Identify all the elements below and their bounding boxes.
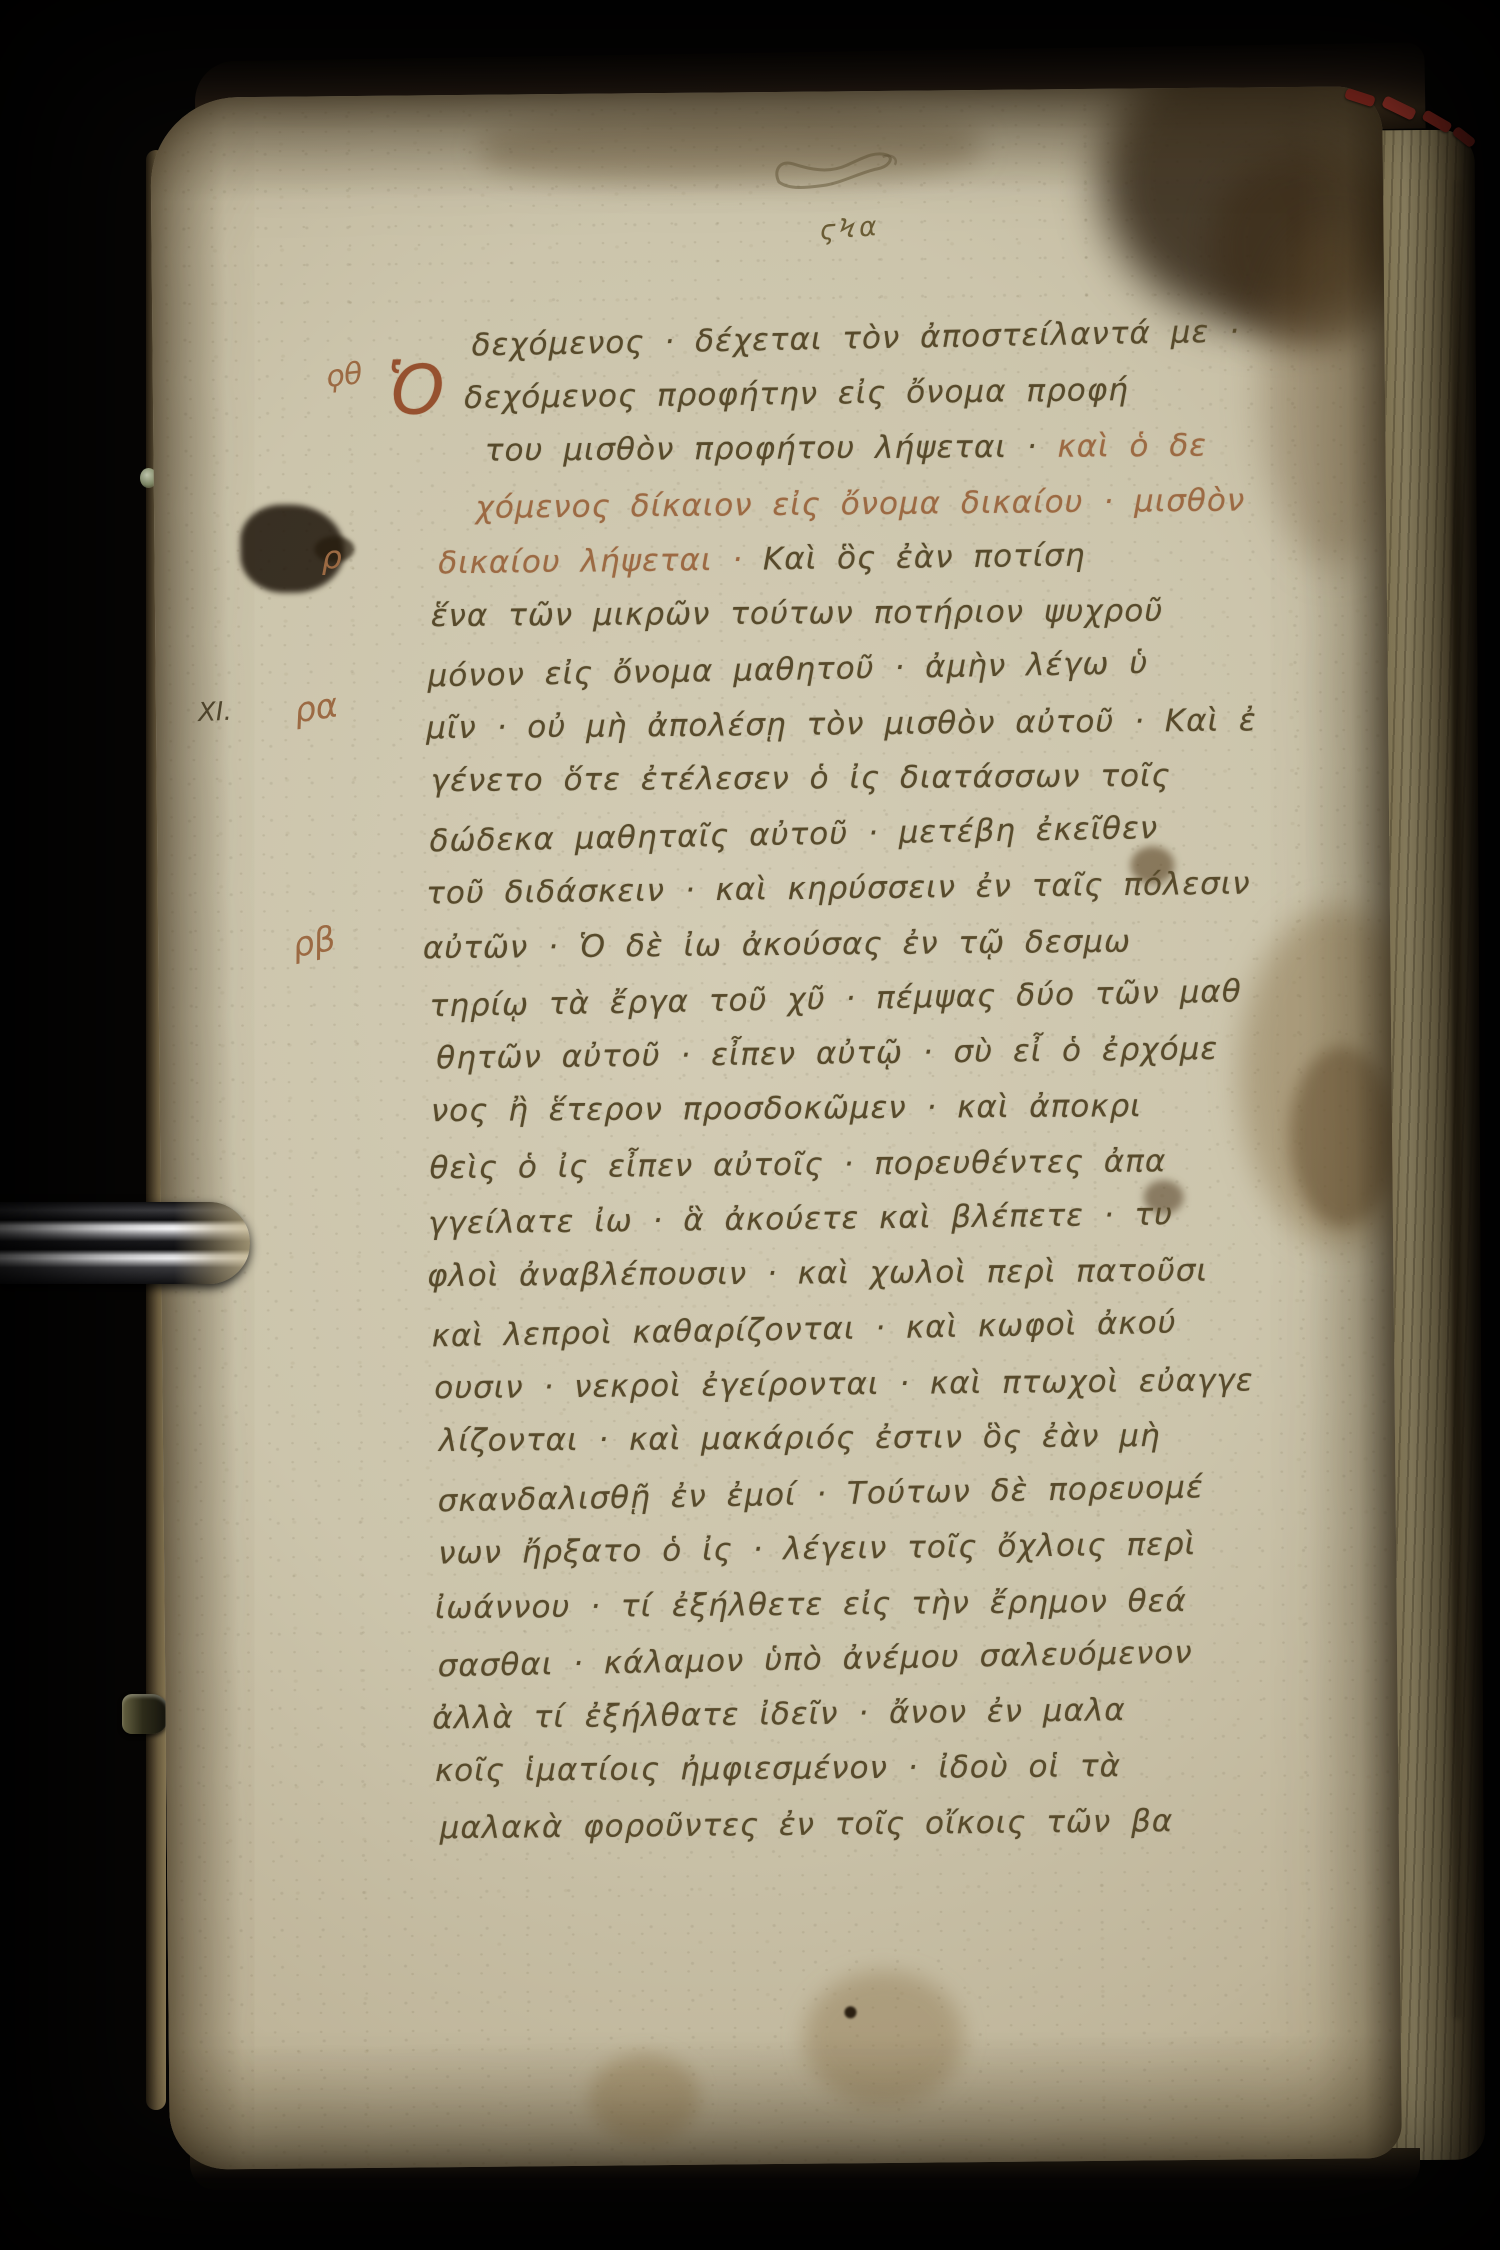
top-edge-stain [480, 110, 981, 185]
manuscript-line: κοῖς ἱματίοις ἠμφιεσμένον · ἰδοὺ οἱ τὰ [433, 1737, 1383, 1799]
margin-section-number: ρ [321, 538, 342, 576]
manuscript-line: χόμενος δίκαιον εἰς ὄνομα δικαίου · μισθ… [417, 472, 1367, 536]
manuscript-line: μαλακὰ φοροῦντες ἐν τοῖς οἴκοις τῶν βα [433, 1792, 1383, 1856]
header-quire-mark: ϛϞα [818, 211, 881, 247]
bottom-left-stain [589, 2053, 700, 2144]
manuscript-photo: ϛϞα Ὁ δεχόμενος · δέχεται τὸν ἀποστείλαν… [0, 0, 1500, 2250]
margin-section-number: ρα [291, 685, 340, 731]
glass-page-weight-rod[interactable] [0, 1202, 250, 1284]
manuscript-page: ϛϞα Ὁ δεχόμενος · δέχεται τὸν ἀποστείλαν… [150, 86, 1402, 2170]
metal-pin [122, 1694, 168, 1734]
manuscript-line: μῖν · οὐ μὴ ἀπολέσῃ τὸν μισθὸν αὐτοῦ · Κ… [420, 692, 1370, 756]
corner-stain [1099, 86, 1401, 329]
text-block: δεχόμενος · δέχεται τὸν ἀποστείλαντά με … [415, 305, 1384, 1856]
ink-dot [844, 2006, 856, 2018]
manuscript-line: νος ἢ ἕτερον προσδοκῶμεν · καὶ ἀποκρι [425, 1077, 1375, 1139]
manuscript-line: ουσιν · νεκροὶ ἐγείρονται · καὶ πτωχοὶ ε… [428, 1352, 1378, 1416]
crease-squiggle-mark [771, 143, 922, 204]
margin-section-number: ϙθ [324, 356, 364, 395]
bottom-stain [803, 1970, 964, 2107]
fore-edge-crease [1452, 180, 1462, 2020]
manuscript-line: του μισθὸν προφήτου λήψεται · καὶ ὁ δε [417, 418, 1367, 480]
manuscript-line: θεὶς ὁ ἰς εἶπεν αὐτοῖς · πορευθέντες ἀπα [425, 1132, 1375, 1196]
margin-section-number: ρβ [289, 919, 339, 966]
margin-section-number: ΧΙ. [197, 697, 232, 728]
